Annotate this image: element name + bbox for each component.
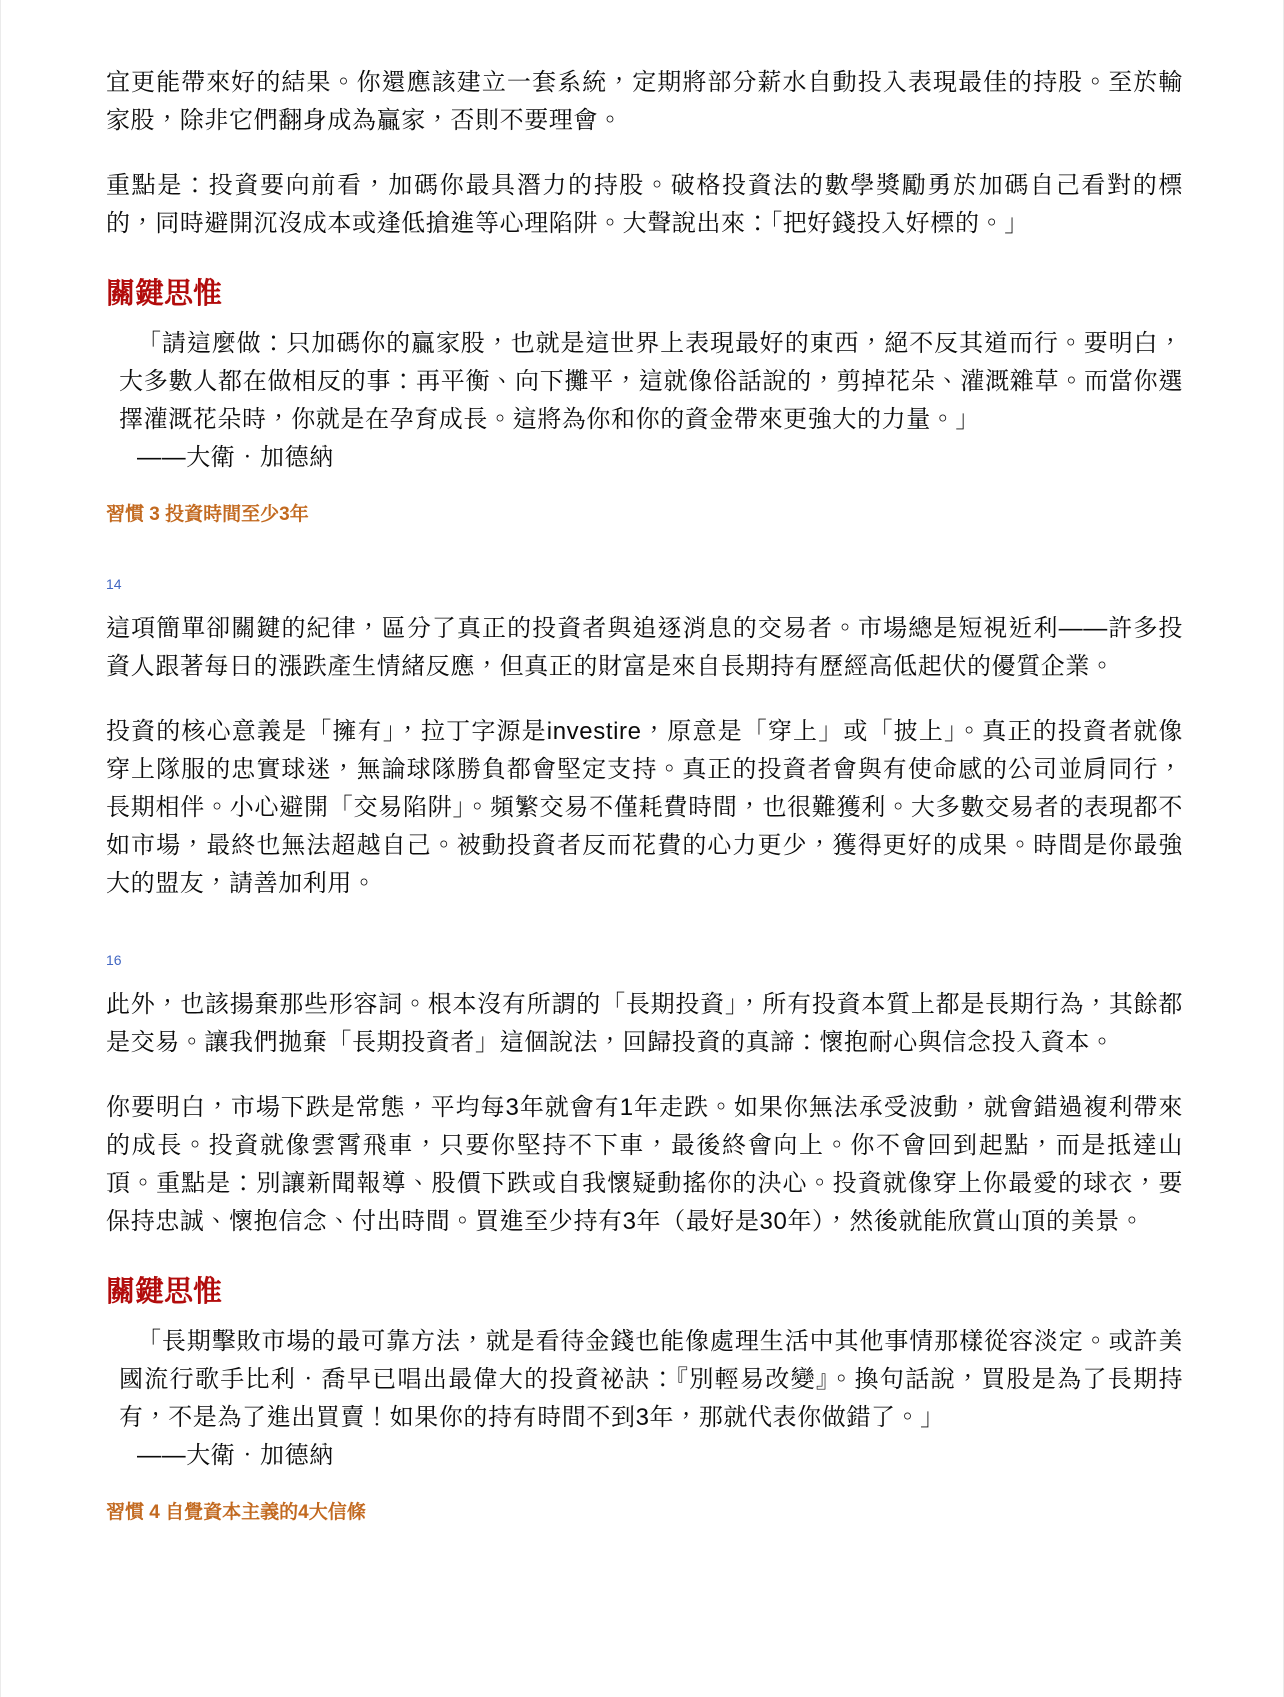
quote-block: 「請這麼做：只加碼你的贏家股，也就是這世界上表現最好的東西，絕不反其道而行。要明… <box>119 325 1183 477</box>
body-paragraph: 這項簡單卻關鍵的紀律，區分了真正的投資者與追逐消息的交易者。市場總是短視近利——… <box>106 610 1183 686</box>
quote-text: 「長期擊敗市場的最可靠方法，就是看待金錢也能像處理生活中其他事情那樣從容淡定。或… <box>119 1323 1183 1437</box>
quote-attribution: ——大衛．加德納 <box>137 439 1183 477</box>
quote-text: 「請這麼做：只加碼你的贏家股，也就是這世界上表現最好的東西，絕不反其道而行。要明… <box>119 325 1183 439</box>
key-idea-heading: 關鍵思惟 <box>106 277 1183 311</box>
footnote-ref-link[interactable]: 16 <box>106 952 122 968</box>
habit-chapter-heading: 習慣 3 投資時間至少3年 <box>106 503 1183 527</box>
body-paragraph: 你要明白，市場下跌是常態，平均每3年就會有1年走跌。如果你無法承受波動，就會錯過… <box>106 1089 1183 1241</box>
habit-chapter-heading: 習慣 4 自覺資本主義的4大信條 <box>106 1501 1183 1525</box>
footnote-ref: 16 <box>106 951 1183 970</box>
footnote-ref: 14 <box>106 575 1183 594</box>
footnote-ref-link[interactable]: 14 <box>106 576 122 592</box>
body-paragraph: 投資的核心意義是「擁有」，拉丁字源是investire，原意是「穿上」或「披上」… <box>106 713 1183 903</box>
body-paragraph: 宜更能帶來好的結果。你還應該建立一套系統，定期將部分薪水自動投入表現最佳的持股。… <box>106 64 1183 140</box>
ebook-page: 宜更能帶來好的結果。你還應該建立一套系統，定期將部分薪水自動投入表現最佳的持股。… <box>0 0 1284 1697</box>
body-paragraph: 此外，也該揚棄那些形容詞。根本沒有所謂的「長期投資」，所有投資本質上都是長期行為… <box>106 986 1183 1062</box>
quote-block: 「長期擊敗市場的最可靠方法，就是看待金錢也能像處理生活中其他事情那樣從容淡定。或… <box>119 1323 1183 1475</box>
page-content: 宜更能帶來好的結果。你還應該建立一套系統，定期將部分薪水自動投入表現最佳的持股。… <box>1 0 1283 1525</box>
key-idea-heading: 關鍵思惟 <box>106 1275 1183 1309</box>
quote-attribution: ——大衛．加德納 <box>137 1437 1183 1475</box>
body-paragraph: 重點是：投資要向前看，加碼你最具潛力的持股。破格投資法的數學獎勵勇於加碼自己看對… <box>106 167 1183 243</box>
